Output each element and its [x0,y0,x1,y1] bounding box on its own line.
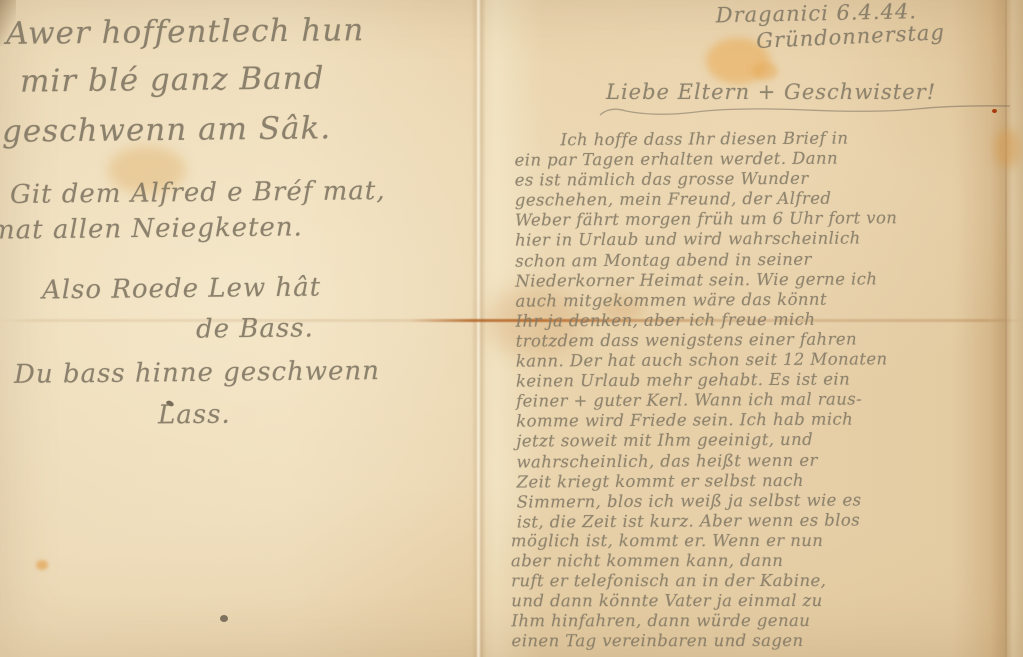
handwritten-line: und dann könnte Vater ja einmal zu [511,591,1023,612]
handwritten-line: aber nicht kommen kann, dann [511,551,1023,572]
vertical-fold-crease [471,0,486,657]
handwritten-line: geschwenn am Sâk. [2,110,332,149]
handwritten-line: Git dem Alfred e Bréf mat, [10,176,386,210]
stain [36,560,48,570]
handwritten-line: Du bass hinne geschwenn [14,356,380,390]
handwritten-line: ruft er telefonisch an in der Kabine, [511,571,1023,592]
handwritten-line: Awer hoffentlech hun [6,12,365,52]
handwritten-line: mat allen Neiegketen. [0,212,303,245]
handwritten-line: mir blé ganz Band [20,60,325,99]
salutation-underline-flourish [596,103,1014,119]
pencil-speck [220,615,228,622]
handwritten-line: einen Tag vereinbaren und sagen [512,631,1023,652]
scanned-letter: Awer hoffentlech hun mir blé ganz Band g… [0,0,1023,657]
handwritten-line: Ihm hinfahren, dann würde genau [511,611,1023,632]
handwritten-line: möglich ist, kommt er. Wenn er nun [511,531,1023,552]
handwritten-line: Also Roede Lew hât [42,273,321,306]
handwritten-line: ist, die Zeit ist kurz. Aber wenn es blo… [517,509,1023,532]
letter-header: Draganici 6.4.44. Gründonnerstag [716,0,946,51]
handwritten-line: Lass. [158,400,231,431]
handwritten-line: de Bass. [196,313,314,344]
stain [752,62,778,80]
letter-body: Ich hoffe dass Ihr diesen Brief in ein p… [514,127,1023,653]
salutation: Liebe Eltern + Geschwister! [606,80,936,104]
